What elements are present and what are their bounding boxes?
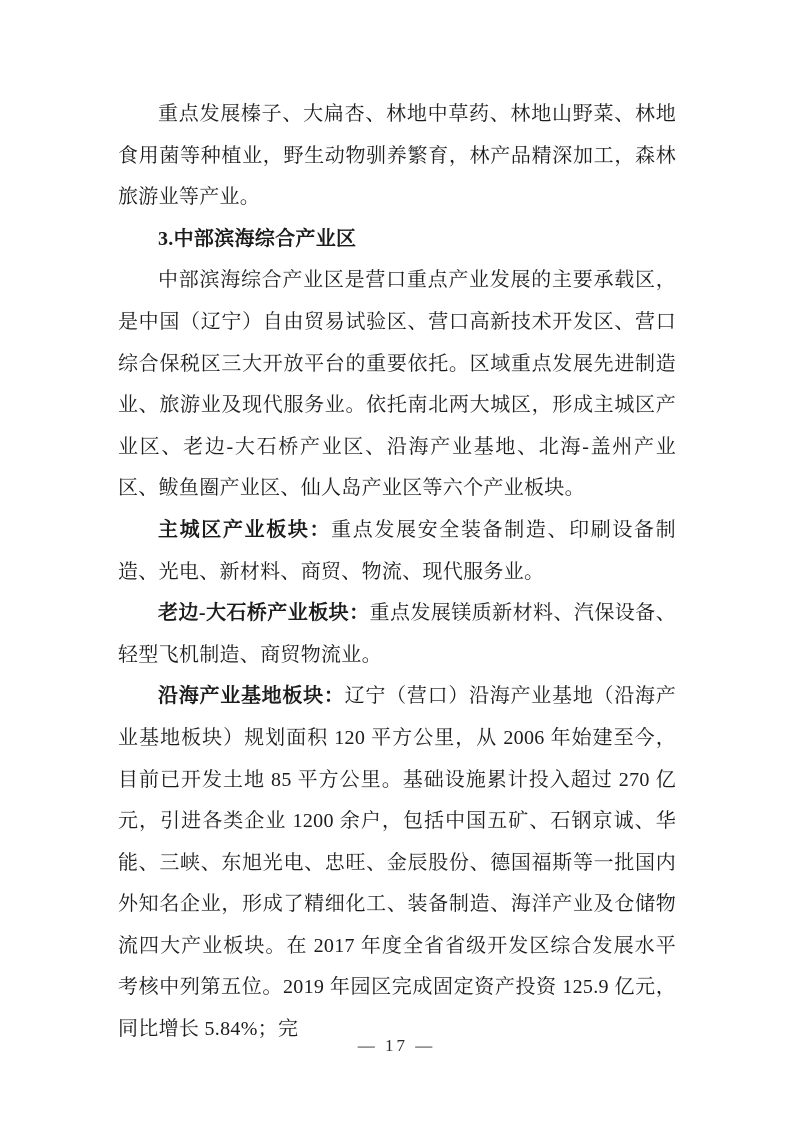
paragraph-coastal-base-block: 沿海产业基地板块：辽宁（营口）沿海产业基地（沿海产业基地板块）规划面积 120 … [118,676,676,1050]
paragraph-lead-laobian-dashiqiao-block: 老边-大石桥产业板块： [158,602,370,624]
page-footer: — 17 — [0,1036,793,1056]
document-body: 重点发展榛子、大扁杏、林地中草药、林地山野菜、林地食用菌等种植业，野生动物驯养繁… [118,94,676,1051]
paragraph-lead-coastal-base-block: 沿海产业基地板块： [158,685,345,707]
section-heading-central-coastal-zone: 3.中部滨海综合产业区 [118,219,676,261]
paragraph-main-city-block: 主城区产业板块：重点发展安全装备制造、印刷设备制造、光电、新材料、商贸、物流、现… [118,510,676,593]
paragraph-forestry: 重点发展榛子、大扁杏、林地中草药、林地山野菜、林地食用菌等种植业，野生动物驯养繁… [118,94,676,219]
page-number: — 17 — [358,1036,436,1055]
paragraph-zone-overview: 中部滨海综合产业区是营口重点产业发展的主要承载区，是中国（辽宁）自由贸易试验区、… [118,260,676,510]
document-page: 重点发展榛子、大扁杏、林地中草药、林地山野菜、林地食用菌等种植业，野生动物驯养繁… [0,0,793,1122]
paragraph-laobian-dashiqiao-block: 老边-大石桥产业板块：重点发展镁质新材料、汽保设备、轻型飞机制造、商贸物流业。 [118,593,676,676]
paragraph-text-coastal-base-block: 辽宁（营口）沿海产业基地（沿海产业基地板块）规划面积 120 平方公里，从 20… [118,685,676,1040]
paragraph-lead-main-city-block: 主城区产业板块： [158,519,331,541]
